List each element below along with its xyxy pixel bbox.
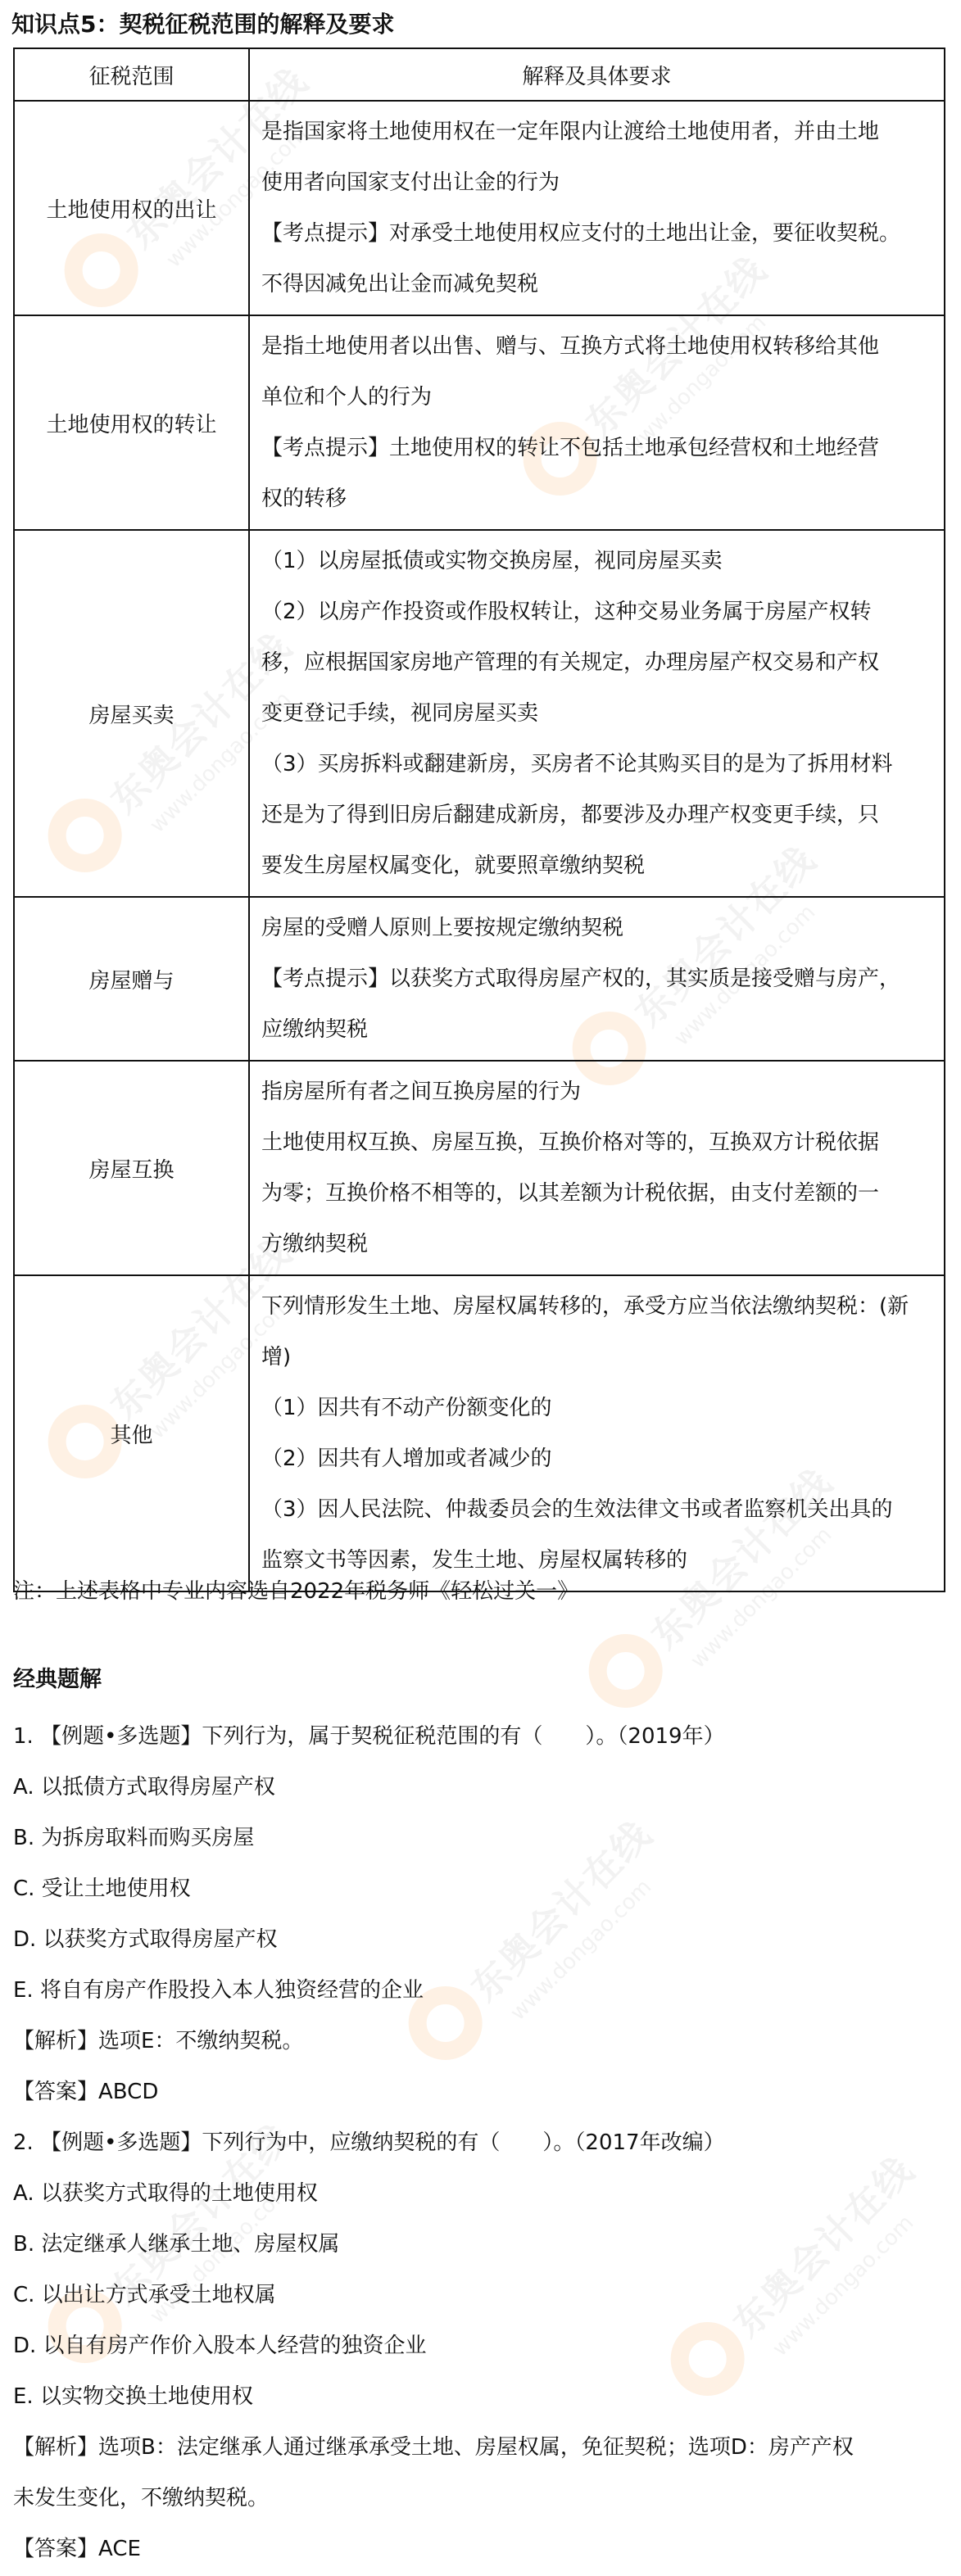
table-row: 土地使用权的出让 是指国家将土地使用权在一定年限内让渡给土地使用者，并由土地 使… bbox=[14, 101, 945, 315]
scope-cell: 房屋赠与 bbox=[14, 897, 249, 1061]
description-line: 不得因减免出让金而减免契税 bbox=[261, 259, 932, 310]
description-cell: 指房屋所有者之间互换房屋的行为 土地使用权互换、房屋互换，互换价格对等的，互换双… bbox=[249, 1061, 945, 1275]
knowledge-point-title: 知识点5：契税征税范围的解释及要求 bbox=[11, 7, 394, 43]
scope-cell: 其他 bbox=[14, 1275, 249, 1591]
description-line: 变更登记手续，视同房屋买卖 bbox=[261, 688, 932, 739]
description-line: 还是为了得到旧房后翻建成新房，都要涉及办理产权变更手续，只 bbox=[261, 790, 932, 840]
description-line: （2）以房产作投资或作股权转让，这种交易业务属于房屋产权转 bbox=[261, 586, 932, 637]
scope-cell: 房屋互换 bbox=[14, 1061, 249, 1275]
option-e: E. 以实物交换土地使用权 bbox=[13, 2371, 947, 2422]
option-d: D. 以自有房产作价入股本人经营的独资企业 bbox=[13, 2320, 947, 2371]
description-line: 【考点提示】以获奖方式取得房屋产权的，其实质是接受赠与房产， bbox=[261, 953, 932, 1004]
option-b: B. 法定继承人继承土地、房屋权属 bbox=[13, 2219, 947, 2270]
description-line: （1）因共有不动产份额变化的 bbox=[261, 1383, 932, 1433]
description-line: （2）因共有人增加或者减少的 bbox=[261, 1433, 932, 1484]
description-line: 应缴纳契税 bbox=[261, 1004, 932, 1055]
description-line: 下列情形发生土地、房屋权属转移的，承受方应当依法缴纳契税：(新 bbox=[261, 1281, 932, 1332]
option-d: D. 以获奖方式取得房屋产权 bbox=[13, 1914, 947, 1965]
description-cell: 房屋的受赠人原则上要按规定缴纳契税 【考点提示】以获奖方式取得房屋产权的，其实质… bbox=[249, 897, 945, 1061]
section-title: 经典题解 bbox=[13, 1663, 102, 1697]
header-requirements: 解释及具体要求 bbox=[249, 48, 945, 101]
table-row: 房屋买卖 （1）以房屋抵债或实物交换房屋，视同房屋买卖 （2）以房产作投资或作股… bbox=[14, 530, 945, 897]
description-line: 房屋的受赠人原则上要按规定缴纳契税 bbox=[261, 903, 932, 953]
description-line: 权的转移 bbox=[261, 473, 932, 524]
option-a: A. 以获奖方式取得的土地使用权 bbox=[13, 2168, 947, 2219]
description-cell: 是指国家将土地使用权在一定年限内让渡给土地使用者，并由土地 使用者向国家支付出让… bbox=[249, 101, 945, 315]
table-header-row: 征税范围 解释及具体要求 bbox=[14, 48, 945, 101]
description-cell: 下列情形发生土地、房屋权属转移的，承受方应当依法缴纳契税：(新 增) （1）因共… bbox=[249, 1275, 945, 1591]
table-row: 房屋互换 指房屋所有者之间互换房屋的行为 土地使用权互换、房屋互换，互换价格对等… bbox=[14, 1061, 945, 1275]
analysis: 【解析】选项B：法定继承人通过继承承受土地、房屋权属，免征契税；选项D：房产产权 bbox=[13, 2422, 947, 2473]
table-row: 其他 下列情形发生土地、房屋权属转移的，承受方应当依法缴纳契税：(新 增) （1… bbox=[14, 1275, 945, 1591]
description-line: 是指土地使用者以出售、赠与、互换方式将土地使用权转移给其他 bbox=[261, 321, 932, 372]
scope-cell: 房屋买卖 bbox=[14, 530, 249, 897]
header-scope: 征税范围 bbox=[14, 48, 249, 101]
option-c: C. 以出让方式承受土地权属 bbox=[13, 2270, 947, 2320]
option-e: E. 将自有房产作股投入本人独资经营的企业 bbox=[13, 1965, 947, 2016]
description-line: 要发生房屋权属变化，就要照章缴纳契税 bbox=[261, 840, 932, 891]
source-note: 注：上述表格中专业内容选自2022年税务师《轻松过关一》 bbox=[13, 1574, 578, 1609]
description-line: 增) bbox=[261, 1332, 932, 1383]
description-line: 为零；互换价格不相等的，以其差额为计税依据，由支付差额的一 bbox=[261, 1168, 932, 1219]
table-row: 土地使用权的转让 是指土地使用者以出售、赠与、互换方式将土地使用权转移给其他 单… bbox=[14, 315, 945, 530]
description-line: 土地使用权互换、房屋互换，互换价格对等的，互换双方计税依据 bbox=[261, 1117, 932, 1168]
description-line: （3）因人民法院、仲裁委员会的生效法律文书或者监察机关出具的 bbox=[261, 1484, 932, 1535]
description-line: 单位和个人的行为 bbox=[261, 372, 932, 423]
description-line: 【考点提示】对承受土地使用权应支付的土地出让金，要征收契税。 bbox=[261, 208, 932, 259]
question-list: 1. 【例题•多选题】下列行为，属于契税征税范围的有（ ）。（2019年） A.… bbox=[13, 1711, 947, 2574]
description-line: （3）买房拆料或翻建新房，买房者不论其购买目的是为了拆用材料 bbox=[261, 739, 932, 790]
analysis-continued: 未发生变化，不缴纳契税。 bbox=[13, 2473, 947, 2524]
question-2: 2. 【例题•多选题】下列行为中，应缴纳契税的有（ ）。（2017年改编） A.… bbox=[13, 2117, 947, 2574]
question-1: 1. 【例题•多选题】下列行为，属于契税征税范围的有（ ）。（2019年） A.… bbox=[13, 1711, 947, 2117]
description-line: 方缴纳契税 bbox=[261, 1219, 932, 1270]
description-line: （1）以房屋抵债或实物交换房屋，视同房屋买卖 bbox=[261, 536, 932, 586]
analysis: 【解析】选项E：不缴纳契税。 bbox=[13, 2016, 947, 2067]
document-page: 知识点5：契税征税范围的解释及要求 征税范围 解释及具体要求 土地使用权的出让 … bbox=[0, 0, 961, 2576]
question-stem: 1. 【例题•多选题】下列行为，属于契税征税范围的有（ ）。（2019年） bbox=[13, 1711, 947, 1762]
description-line: 是指国家将土地使用权在一定年限内让渡给土地使用者，并由土地 bbox=[261, 106, 932, 157]
description-line: 指房屋所有者之间互换房屋的行为 bbox=[261, 1066, 932, 1117]
answer: 【答案】ACE bbox=[13, 2524, 947, 2574]
question-stem: 2. 【例题•多选题】下列行为中，应缴纳契税的有（ ）。（2017年改编） bbox=[13, 2117, 947, 2168]
description-line: 【考点提示】土地使用权的转让不包括土地承包经营权和土地经营 bbox=[261, 423, 932, 473]
answer: 【答案】ABCD bbox=[13, 2067, 947, 2117]
table-row: 房屋赠与 房屋的受赠人原则上要按规定缴纳契税 【考点提示】以获奖方式取得房屋产权… bbox=[14, 897, 945, 1061]
option-c: C. 受让土地使用权 bbox=[13, 1863, 947, 1914]
description-line: 移，应根据国家房地产管理的有关规定，办理房屋产权交易和产权 bbox=[261, 637, 932, 688]
tax-scope-table: 征税范围 解释及具体要求 土地使用权的出让 是指国家将土地使用权在一定年限内让渡… bbox=[13, 48, 945, 1592]
description-cell: （1）以房屋抵债或实物交换房屋，视同房屋买卖 （2）以房产作投资或作股权转让，这… bbox=[249, 530, 945, 897]
description-cell: 是指土地使用者以出售、赠与、互换方式将土地使用权转移给其他 单位和个人的行为 【… bbox=[249, 315, 945, 530]
description-line: 使用者向国家支付出让金的行为 bbox=[261, 157, 932, 208]
option-b: B. 为拆房取料而购买房屋 bbox=[13, 1813, 947, 1863]
scope-cell: 土地使用权的转让 bbox=[14, 315, 249, 530]
scope-cell: 土地使用权的出让 bbox=[14, 101, 249, 315]
option-a: A. 以抵债方式取得房屋产权 bbox=[13, 1762, 947, 1813]
